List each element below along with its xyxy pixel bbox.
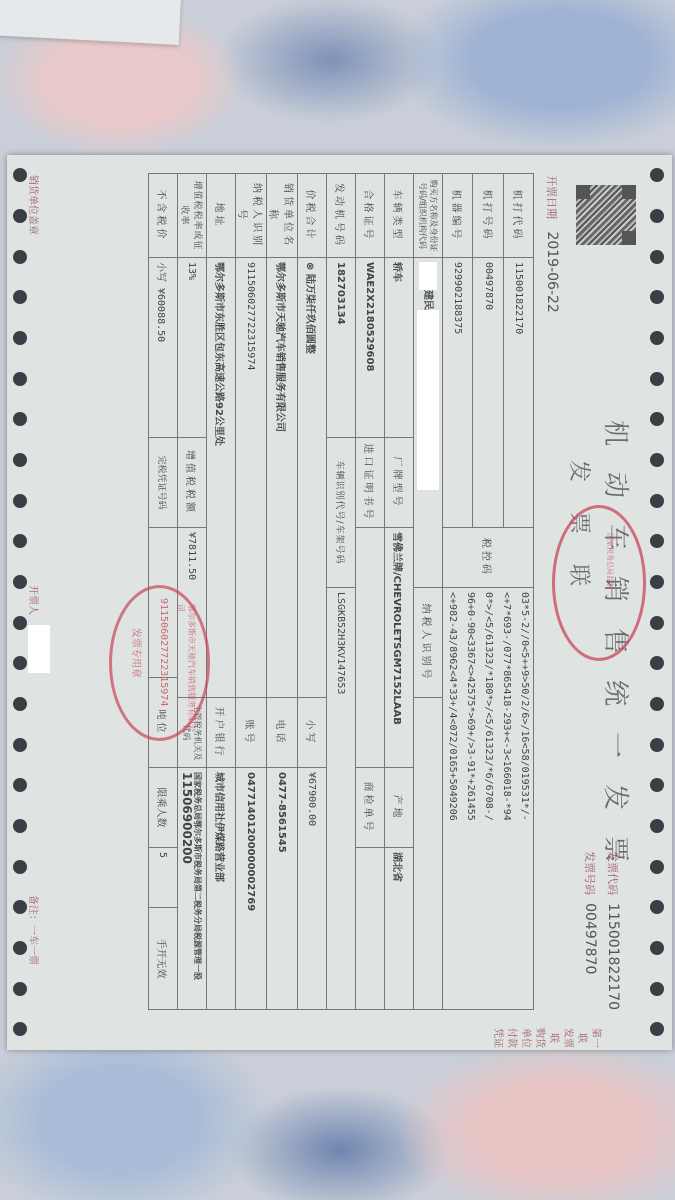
redacted-block xyxy=(417,310,439,490)
qr-code xyxy=(576,185,636,245)
table-row: 地址 鄂尔多斯市东胜区包东高速公路92公里处 开户银行 城市信用社伊煤路营业部 xyxy=(207,174,236,1010)
table-row: 车辆类型 轿车 厂牌型号 雪佛兰牌/CHEVROLETSGM7152LAAB 产… xyxy=(385,174,414,1010)
vehicle-sales-invoice: 开票日期 2019-06-22 机动车销售统一发票 发票联 国家税务总局监制 发… xyxy=(7,155,672,1050)
total-in-words: ⊗ 陆万柒仟玖佰圆整 xyxy=(298,258,327,698)
buyer-name: 建民 xyxy=(414,258,443,588)
tax-bureau-stamp: 国家税务总局监制 xyxy=(552,505,646,661)
table-row: 纳税人识别号 911506027722315974 账号 04771401200… xyxy=(236,174,267,1010)
table-row: 机打代码 115001822170 税控码 03*5-2//0<5++9>50/… xyxy=(503,174,533,1010)
invoice-seal-stamp: 鄂尔多斯市天驰汽车销售服务有限公司 911506027722315974 发票专… xyxy=(109,585,210,741)
table-row: 增值税税率或征收率 13% 增值税税额 ¥7811.50 主管税务机关及代码 国… xyxy=(178,174,207,1010)
issue-date: 开票日期 2019-06-22 xyxy=(544,175,560,313)
copy-label: 第一联 发票联 购货单位付款凭证 xyxy=(490,1028,602,1048)
background-paper xyxy=(0,0,181,45)
cipher-block: 03*5-2//0<5++9>50/2/6>/16<58/019531*/-<+… xyxy=(443,588,534,1010)
perforation-bottom xyxy=(9,155,31,1050)
cross-icon: ⊗ xyxy=(305,262,316,270)
table-row: 发动机号码 182703134 车辆识别代号/车架号码 LSGKB52H3KV1… xyxy=(327,174,356,1010)
perforation-top xyxy=(646,155,668,1050)
invoice-codes: 发票代码115001822170 发票号码00497870 xyxy=(578,851,624,1010)
invoice-table: 机打代码 115001822170 税控码 03*5-2//0<5++9>50/… xyxy=(148,173,534,1010)
table-row: 销货单位名称 鄂尔多斯市天驰汽车销售服务有限公司 电话 0477-8561545 xyxy=(267,174,298,1010)
redacted-block xyxy=(419,262,437,290)
table-row: 合格证号 WAE2X2180529608 进口证明书号 商检单号 xyxy=(356,174,385,1010)
table-row: 价税合计 ⊗ 陆万柒仟玖佰圆整 小写 ¥67900.00 xyxy=(298,174,327,1010)
table-row: 购买方名称及身份证号码/组织机构代码 建民 纳税人识别号 xyxy=(414,174,443,1010)
redacted-block xyxy=(28,625,50,673)
